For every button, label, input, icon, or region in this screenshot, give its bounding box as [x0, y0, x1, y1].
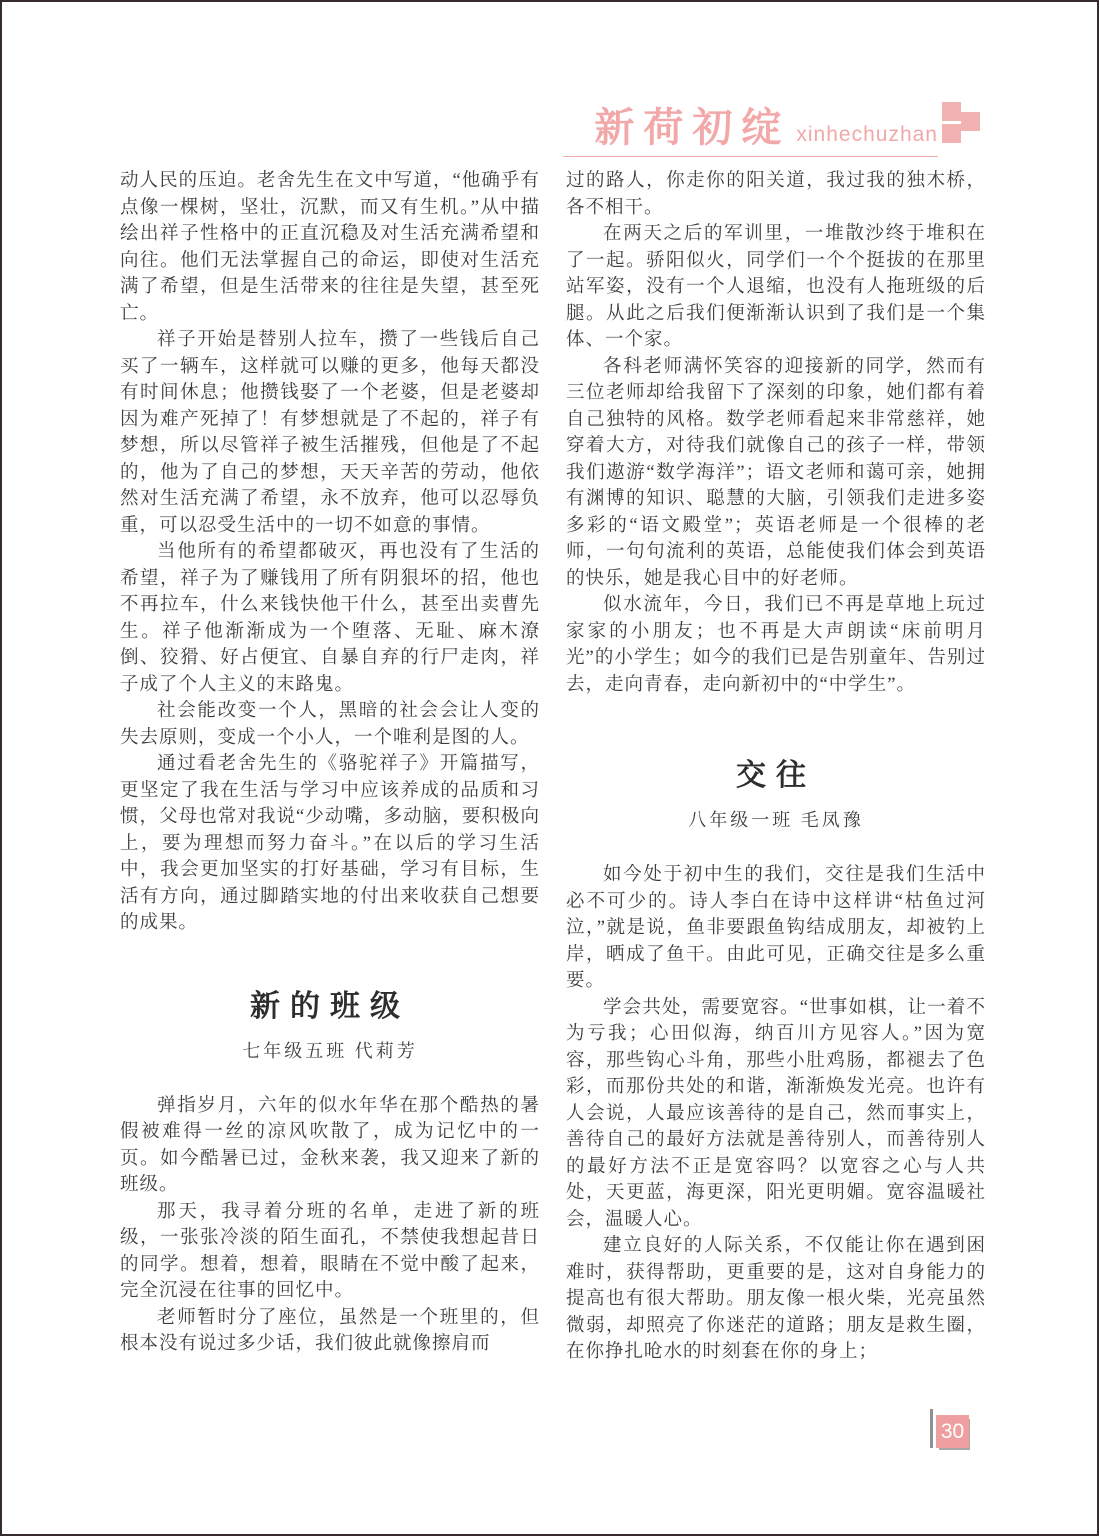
magazine-header: 新荷初绽xinhechuzhan [563, 96, 938, 157]
paragraph: 各科老师满怀笑容的迎接新的同学，然而有三位老师却给我留下了深刻的印象，她们都有着… [566, 354, 986, 593]
article-title: 新的班级 [120, 981, 540, 1025]
magazine-logo-chinese: 新荷初绽 [594, 106, 790, 150]
text-column-left: 动人民的压迫。老舍先生在文中写道，“他确乎有点像一棵树，坚壮，沉默，而又有生机。… [120, 168, 540, 1366]
paragraph: 那天，我寻着分班的名单，走进了新的班级，一张张冷淡的陌生面孔，不禁使我想起昔日的… [120, 1199, 540, 1305]
paragraph: 祥子开始是替别人拉车，攒了一些钱后自己买了一辆车，这样就可以赚的更多，他每天都没… [120, 327, 540, 539]
header-squares-motif [942, 102, 982, 144]
paragraph: 学会共处，需要宽容。“世事如棋，让一着不为亏我；心田似海，纳百川方见容人。”因为… [566, 995, 986, 1234]
page-number: 30 [936, 1415, 969, 1448]
paragraph: 通过看老舍先生的《骆驼祥子》开篇描写，更坚定了我在生活与学习中应该养成的品质和习… [120, 751, 540, 937]
article-byline: 八年级一班 毛凤豫 [566, 806, 986, 832]
paragraph: 如今处于初中生的我们，交往是我们生活中必不可少的。诗人李白在诗中这样讲“枯鱼过河… [566, 862, 986, 995]
paragraph: 社会能改变一个人，黑暗的社会会让人变的失去原则，变成一个小人，一个唯利是图的人。 [120, 698, 540, 751]
page-content: 动人民的压迫。老舍先生在文中写道，“他确乎有点像一棵树，坚壮，沉默，而又有生机。… [120, 168, 986, 1366]
deco-square-icon [942, 124, 961, 143]
article-header: 交往 八年级一班 毛凤豫 [566, 750, 986, 832]
article-byline: 七年级五班 代莉芳 [120, 1037, 540, 1063]
paragraph: 弹指岁月，六年的似水年华在那个酷热的暑假被难得一丝的凉风吹散了，成为记忆中的一页… [120, 1093, 540, 1199]
text-column-right: 过的路人，你走你的阳关道，我过我的独木桥，各不相干。 在两天之后的军训里，一堆散… [566, 168, 986, 1366]
paragraph: 动人民的压迫。老舍先生在文中写道，“他确乎有点像一棵树，坚壮，沉默，而又有生机。… [120, 168, 540, 327]
paragraph: 老师暂时分了座位，虽然是一个班里的，但根本没有说过多少话，我们彼此就像擦肩而 [120, 1305, 540, 1358]
article-title: 交往 [566, 750, 986, 794]
paragraph: 过的路人，你走你的阳关道，我过我的独木桥，各不相干。 [566, 168, 986, 221]
deco-square-icon [942, 102, 961, 121]
page-number-bar [930, 1409, 933, 1448]
magazine-logo-pinyin: xinhechuzhan [796, 123, 938, 146]
article-header: 新的班级 七年级五班 代莉芳 [120, 981, 540, 1063]
paragraph: 在两天之后的军训里，一堆散沙终于堆积在了一起。骄阳似火，同学们一个个挺拔的在那里… [566, 221, 986, 354]
page-number-badge: 30 [930, 1409, 969, 1448]
paragraph: 似水流年，今日，我们已不再是草地上玩过家家的小朋友；也不再是大声朗读“床前明月光… [566, 592, 986, 698]
paragraph: 建立良好的人际关系，不仅能让你在遇到困难时，获得帮助，更重要的是，这对自身能力的… [566, 1233, 986, 1366]
paragraph: 当他所有的希望都破灭，再也没有了生活的希望，祥子为了赚钱用了所有阴狠坏的招，他也… [120, 539, 540, 698]
deco-square-icon [961, 112, 980, 131]
